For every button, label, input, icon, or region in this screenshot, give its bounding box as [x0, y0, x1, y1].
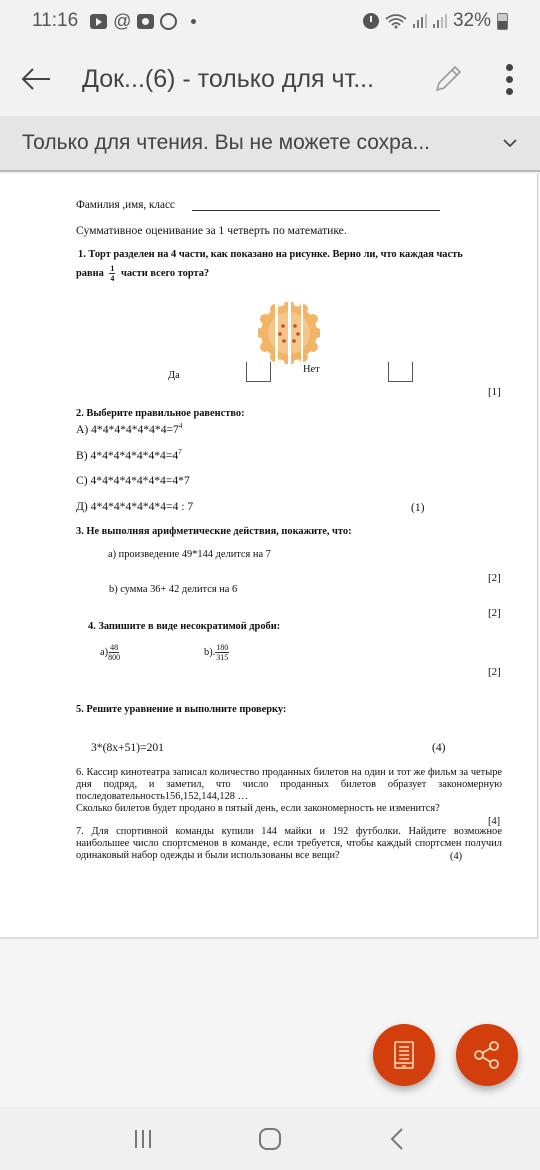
q3b-points: [2] [488, 607, 501, 619]
at-sign-icon: @ [113, 11, 131, 32]
q6-question: Сколько билетов будет продано в пятый де… [76, 803, 440, 814]
answer-yes-label: Да [168, 370, 180, 381]
q2-option-a[interactable]: А) 4*4*4*4*4*4*4=74 [76, 422, 182, 436]
q7-points: (4) [448, 851, 462, 862]
battery-percent: 32% [453, 10, 491, 32]
answer-yes-checkbox[interactable] [246, 362, 271, 382]
expand-info-button[interactable] [480, 115, 540, 171]
status-bar: 11:16 @ 32% [0, 0, 540, 42]
q1-line2: равна 14 части всего торта? [76, 264, 209, 283]
document-title: Док...(6) - только для чт... [72, 65, 418, 94]
signal-icon [413, 14, 427, 28]
share-button[interactable] [456, 1024, 518, 1086]
q4-title: 4. Запишите в виде несократимой дроби: [88, 621, 280, 632]
q3-part-a: а) произведение 49*144 делится на 7 [108, 549, 271, 560]
q1-line1: 1. Торт разделен на 4 части, как показан… [78, 249, 463, 260]
q4-part-a: а)48800 [100, 643, 123, 662]
q4-part-b: b).180315 [204, 643, 232, 662]
read-only-message: Только для чтения. Вы не можете сохра... [22, 131, 480, 155]
recent-apps-icon [132, 1128, 154, 1150]
q3-part-b: b) сумма 36+ 42 делится на 6 [109, 584, 237, 595]
pencil-icon [433, 64, 463, 94]
signal-icon [433, 14, 447, 28]
q1-points: [1] [488, 386, 501, 398]
name-underline [192, 210, 440, 211]
q4-points: [2] [488, 666, 501, 678]
q3a-points: [2] [488, 572, 501, 584]
arrow-left-icon [20, 67, 52, 91]
name-line-label: Фамилия ,имя, класс [76, 199, 175, 211]
alarm-icon [363, 13, 379, 29]
q2-points: (1) [411, 501, 425, 514]
q5-title: 5. Решите уравнение и выполните проверку… [76, 704, 286, 715]
pie-cut-into-parts-illustration [258, 302, 320, 364]
q5-equation: 3*(8x+51)=201 [91, 741, 164, 754]
q6-text: 6. Кассир кинотеатра записал количество … [76, 767, 502, 803]
q2-option-b[interactable]: В) 4*4*4*4*4*4*4=47 [76, 448, 182, 462]
whatsapp-icon [160, 13, 177, 30]
answer-no-checkbox[interactable] [388, 362, 413, 382]
more-options-button[interactable] [478, 42, 540, 116]
edit-button[interactable] [418, 42, 478, 116]
q2-option-d[interactable]: Д) 4*4*4*4*4*4*4=4 : 7 [76, 500, 193, 513]
document-page[interactable]: Фамилия ,имя, класс Суммативное оцениван… [0, 174, 538, 939]
back-chevron-icon [389, 1127, 405, 1151]
clock: 11:16 [32, 10, 78, 32]
camera-app-icon [137, 14, 154, 29]
answer-no-label: Нет [303, 364, 320, 375]
youtube-icon [90, 14, 107, 29]
q2-option-c[interactable]: С) 4*4*4*4*4*4*4=4*7 [76, 474, 190, 487]
battery-icon [497, 13, 508, 30]
chevron-down-icon [502, 138, 518, 148]
q2-title: 2. Выберите правильное равенство: [76, 408, 245, 419]
back-button[interactable] [0, 42, 72, 116]
q3-title: 3. Не выполняя арифметические действия, … [76, 526, 352, 537]
share-icon [472, 1040, 502, 1070]
system-back-button[interactable] [367, 1114, 427, 1164]
q7-text: 7. Для спортивной команды купили 144 май… [76, 826, 502, 862]
system-nav-bar [0, 1107, 540, 1170]
fraction-one-quarter: 14 [109, 264, 115, 283]
home-icon [258, 1127, 282, 1151]
home-button[interactable] [240, 1114, 300, 1164]
document-subtitle: Суммативное оценивание за 1 четверть по … [76, 224, 347, 237]
app-bar: Док...(6) - только для чт... [0, 42, 540, 116]
mobile-reading-view-icon [393, 1040, 415, 1070]
reading-view-button[interactable] [373, 1024, 435, 1086]
q5-points: (4) [432, 741, 446, 754]
read-only-info-bar[interactable]: Только для чтения. Вы не можете сохра... [0, 116, 540, 172]
more-vertical-icon [506, 64, 513, 71]
recent-apps-button[interactable] [113, 1114, 173, 1164]
wifi-icon [385, 13, 407, 29]
notification-dot-icon [191, 19, 196, 24]
